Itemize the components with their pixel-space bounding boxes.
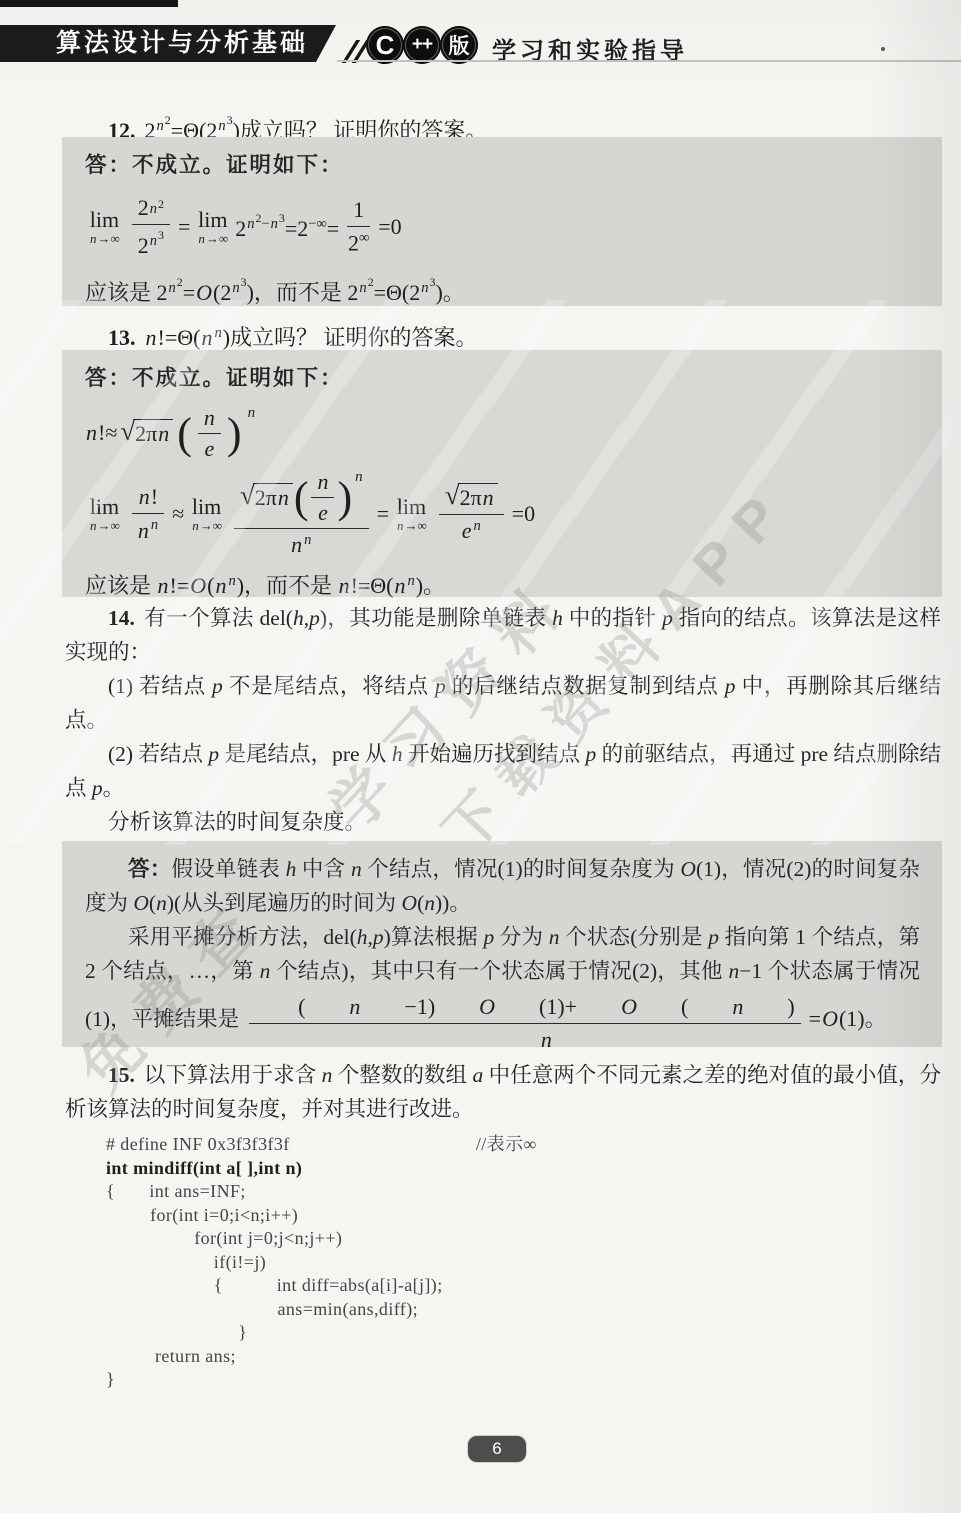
code-block: # define INF 0x3f3f3f3f //表示∞ int mindif… <box>106 1133 537 1392</box>
page-number-badge: 6 <box>468 1436 526 1462</box>
question-13-text: n!=Θ(nn)成立吗？ 证明你的答案。 <box>145 325 478 350</box>
logo-c-icon: C <box>366 26 404 64</box>
limit-operator: limn→∞ <box>191 495 222 533</box>
exponent-n: n <box>354 468 364 486</box>
code-line: } <box>106 1368 537 1392</box>
fraction-n-over-e: ne <box>311 469 334 525</box>
code-line-function-signature: int mindiff(int a[ ],int n) <box>106 1157 537 1181</box>
question-14-case1: (1) 若结点 p 不是尾结点，将结点 p 的后继结点数据复制到结点 p 中，再… <box>65 669 941 737</box>
question-14-number: 14. <box>108 606 135 630</box>
answer-label: 答： <box>85 153 132 177</box>
answer-label: 答： <box>85 366 132 390</box>
approx-sign: ≈ <box>172 501 184 527</box>
logo-plus-plus-icon: ++ <box>403 26 441 64</box>
scanned-textbook-page: 算法设计与分析基础 C ++ 版 学习和实验指导 免费查 学习资料 下载资料AP… <box>0 0 961 1513</box>
cpp-edition-logo: C ++ 版 <box>366 26 477 64</box>
code-line: return ans; <box>106 1345 537 1369</box>
fraction: 2n22n3 <box>132 195 170 260</box>
question-14: 14.有一个算法 del(h,p)，其功能是删除单链表 h 中的指针 p 指向的… <box>65 601 941 839</box>
answer-13-conclusion: 应该是 n!=O(nn)，而不是 n!=Θ(nn)。 <box>85 569 920 600</box>
answer-12-block: 答：不成立。证明如下： limn→∞ 2n22n3 = limn→∞ 2n2−n… <box>62 137 942 306</box>
fraction-composite: √2πn ( ne ) n nn <box>234 469 369 558</box>
question-15-paragraph: 15.以下算法用于求含 n 个整数的数组 a 中任意两个不同元素之差的绝对值的最… <box>65 1058 941 1126</box>
answer-verdict: 不成立。证明如下： <box>132 366 344 390</box>
exponent-n: n <box>247 405 257 422</box>
amortized-result: =O(1)。 <box>809 1006 887 1031</box>
square-root: √2πn <box>120 419 173 446</box>
logo-ban-icon: 版 <box>440 26 478 64</box>
answer-14-paragraph-1: 答：假设单链表 h 中含 n 个结点，情况(1)的时间复杂度为 O(1)，情况(… <box>85 852 920 920</box>
code-line: # define INF 0x3f3f3f3f //表示∞ <box>106 1133 537 1157</box>
square-root: √2πn <box>445 483 498 510</box>
code-line: ans=min(ans,diff); <box>106 1298 537 1322</box>
formula-limit-q12: limn→∞ 2n22n3 = limn→∞ 2n2−n3=2−∞= 12∞ =… <box>85 193 920 261</box>
code-line: for(int i=0;i<n;i++) <box>106 1204 537 1228</box>
code-line: for(int j=0;j<n;j++) <box>106 1227 537 1251</box>
code-line: { int ans=INF; <box>106 1180 537 1204</box>
page-number: 6 <box>492 1439 501 1459</box>
fraction: 12∞ <box>347 197 370 257</box>
header-banner: 算法设计与分析基础 <box>0 25 336 62</box>
answer-12-heading: 答：不成立。证明如下： <box>85 150 920 180</box>
fraction: √2πnen <box>439 483 504 544</box>
fraction: n!nn <box>132 484 164 544</box>
question-15-number: 15. <box>108 1063 135 1087</box>
scan-speck <box>881 47 885 51</box>
answer-14-paragraph-2: 采用平摊分析方法，del(h,p)算法根据 p 分为 n 个状态(分别是 p 指… <box>85 920 920 1054</box>
question-13-number: 13. <box>108 325 136 350</box>
answer-label: 答： <box>128 857 171 881</box>
book-title: 算法设计与分析基础 <box>0 25 336 62</box>
question-14-task: 分析该算法的时间复杂度。 <box>65 805 941 839</box>
amortized-fraction: (n−1)O(1)+O(n)n <box>249 994 801 1054</box>
square-root: √2πn <box>240 483 293 510</box>
header-rule <box>337 60 961 62</box>
code-line: } <box>106 1321 537 1345</box>
question-15: 15.以下算法用于求含 n 个整数的数组 a 中任意两个不同元素之差的绝对值的最… <box>65 1058 941 1126</box>
question-14-case2: (2) 若结点 p 是尾结点，pre 从 h 开始遍历找到结点 p 的前驱结点，… <box>65 737 941 805</box>
scan-edge-artifact <box>0 0 178 7</box>
answer-13-block: 答：不成立。证明如下： n!≈ √2πn ( ne ) n limn→∞ n!n… <box>62 350 942 597</box>
limit-operator: limn→∞ <box>89 208 120 246</box>
code-line: if(i!=j) <box>106 1251 537 1275</box>
formula-stirling: n!≈ √2πn ( ne ) n <box>85 405 920 461</box>
equals-sign: = <box>377 501 389 527</box>
answer-14-block: 答：假设单链表 h 中含 n 个结点，情况(1)的时间复杂度为 O(1)，情况(… <box>62 841 942 1047</box>
equals-zero: =0 <box>378 214 401 240</box>
question-14-paragraph: 14.有一个算法 del(h,p)，其功能是删除单链表 h 中的指针 p 指向的… <box>65 601 941 669</box>
equals-zero: =0 <box>512 501 535 527</box>
formula-middle: 2n2−n3=2−∞= <box>235 211 339 242</box>
equals-sign: = <box>178 214 190 240</box>
limit-operator: limn→∞ <box>197 208 228 246</box>
limit-operator: limn→∞ <box>396 495 427 533</box>
formula-limit-q13: limn→∞ n!nn ≈ limn→∞ √2πn ( ne ) n nn = … <box>85 467 920 561</box>
code-line: { int diff=abs(a[i]-a[j]); <box>106 1274 537 1298</box>
answer-12-conclusion: 应该是 2n2=O(2n3)，而不是 2n2=Θ(2n3)。 <box>85 275 920 307</box>
answer-13-heading: 答：不成立。证明如下： <box>85 363 920 393</box>
answer-verdict: 不成立。证明如下： <box>132 153 344 177</box>
formula-lead: n!≈ <box>85 420 117 446</box>
fraction-n-over-e: ne <box>198 405 221 461</box>
limit-operator: limn→∞ <box>89 495 120 533</box>
